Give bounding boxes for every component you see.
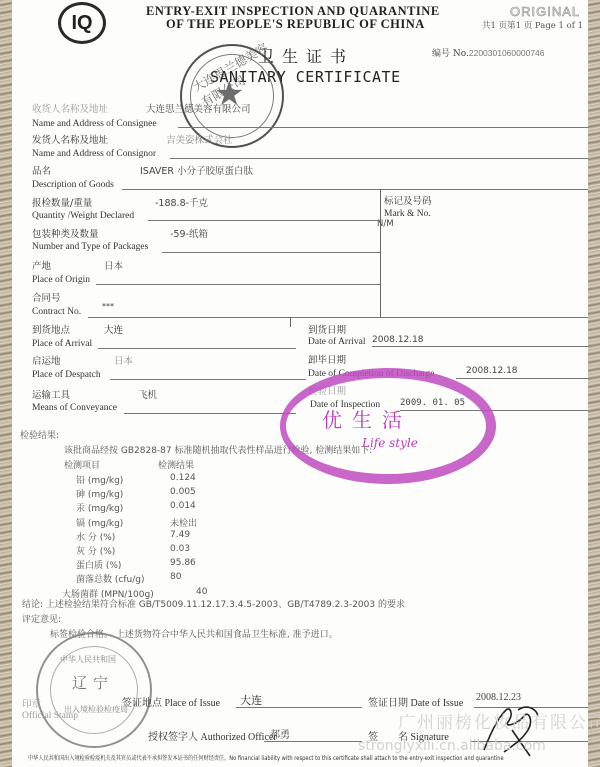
result-item: 蛋白质 (%) [76,558,121,571]
paper-edge-left [0,0,12,767]
arrival-place-label-cn: 到货地点 [32,322,70,336]
arrival-date-label-cn: 到货日期 [308,322,346,336]
goods-value: ISAVER 小分子胶原蛋白肽 [140,163,253,177]
result-value: 未检出 [170,516,197,529]
marks-label-cn: 标记及号码 [384,193,432,207]
arrival-place-value: 大连 [104,322,123,336]
opinion-heading: 评定意见: [22,612,61,625]
consignee-label-cn: 收货人名称及地址 [32,101,108,115]
packages-label-cn: 包装种类及数量 [32,226,99,240]
lifestyle-stamp-en: Life style [362,436,418,450]
origin-value: 日本 [104,258,123,272]
result-item: 镉 (mg/kg) [76,516,123,529]
packages-label-en: Number and Type of Packages [32,242,148,252]
consignor-label-en: Name and Address of Consignor [32,149,156,159]
packages-value: -59-纸箱 [170,226,208,240]
discharge-date-value: 2008.12.18 [466,366,518,376]
stamp-label-cn: 印章 [22,696,41,710]
discharge-date-label-cn: 卸毕日期 [308,352,346,366]
official-stamp-top: 中华人民共和国 [60,654,116,665]
despatch-label-cn: 启运地 [32,353,61,367]
official-stamp: 中华人民共和国 辽宁 出入境检验检疫局 [36,632,152,748]
place-of-issue-value: 大连 [240,692,262,708]
quantity-label-cn: 报检数量/重量 [32,195,92,209]
consignor-value: 吉美姿株式会社 [166,132,233,146]
place-of-issue-label: 签证地点 Place of Issue [122,694,220,709]
result-item: 灰 分 (%) [76,544,115,557]
arrival-date-label-en: Date of Arrival [308,337,366,347]
origin-label-en: Place of Origin [32,275,90,285]
results-col-item: 检测项目 [64,458,100,471]
page-info: 共1 页第1 页 Page 1 of 1 [482,19,583,31]
result-value: 7.49 [170,530,190,540]
goods-label-en: Description of Goods [32,180,114,190]
result-value: 0.124 [170,473,196,483]
goods-label-cn: 品名 [32,163,51,177]
despatch-label-en: Place of Despatch [32,370,101,380]
result-item: 汞 (mg/kg) [76,501,123,514]
origin-label-cn: 产地 [32,258,51,272]
result-value: 40 [196,587,207,597]
watermark-company: 广州丽榜化妆品有限公司 [398,708,600,733]
results-col-result: 检测结果 [158,458,194,471]
arrival-place-label-en: Place of Arrival [32,339,92,349]
cert-no-label: 编号 No. [432,49,469,59]
result-item: 水 分 (%) [76,530,115,543]
conveyance-label-cn: 运输工具 [32,387,70,401]
agency-line-2: OF THE PEOPLE'S REPUBLIC OF CHINA [166,17,425,32]
contract-value: *** [102,302,114,311]
result-value: 0.03 [170,544,190,554]
authorized-officer-label: 授权签字人 Authorized Officer [148,728,277,743]
date-of-issue-label: 签证日期 Date of Issue [368,694,463,709]
consignee-label-en: Name and Address of Consignee [32,119,157,129]
contract-label-en: Contract No. [32,307,81,317]
result-value: 80 [170,572,181,582]
official-stamp-center: 辽宁 [72,672,114,693]
quantity-label-en: Quantity /Weight Declared [32,211,134,221]
stamp-label-en: Official Stamp [22,711,78,721]
footer-disclaimer: 中华人民共和国出入境检验检疫机关及其官员或代表不承担签发本证书的任何财经责任。N… [28,753,504,762]
result-item: 菌落总数 (cfu/g) [76,572,144,585]
conveyance-label-en: Means of Conveyance [32,403,117,413]
consignor-label-cn: 发货人名称及地址 [32,132,108,146]
contract-label-cn: 合同号 [32,290,61,304]
consignee-value: 大连思兰德美容有限公司 [146,101,251,115]
iq-logo-icon: IQ [58,2,106,44]
result-value: 0.005 [170,487,196,497]
results-heading: 检验结果: [20,428,59,441]
result-value: 0.014 [170,501,196,511]
despatch-value: 日本 [114,353,133,367]
authorized-officer-value: 郝勇 [270,726,290,741]
arrival-date-value: 2008.12.18 [372,335,424,345]
certificate-number: 编号 No.2200301060000746 [432,46,545,59]
result-value: 95.86 [170,558,196,568]
quantity-value: -188.8-千克 [155,195,208,209]
conveyance-value: 飞机 [138,387,157,401]
results-conclusion: 结论: 上述检验结果符合标准 GB/T5009.11.12.17.3.4.5-2… [22,597,405,610]
lifestyle-stamp-cn: 优生活 [322,404,412,433]
marks-label-en: Mark & No. [384,209,431,219]
original-mark: ORIGINAL [510,4,580,19]
paper-edge-right [588,0,600,767]
cert-no-value: 2200301060000746 [469,48,545,58]
result-item: 铅 (mg/kg) [76,473,123,486]
watermark-site: stronglyxili.cn.alibaba.com [358,738,546,754]
result-item: 砷 (mg/kg) [76,487,123,500]
